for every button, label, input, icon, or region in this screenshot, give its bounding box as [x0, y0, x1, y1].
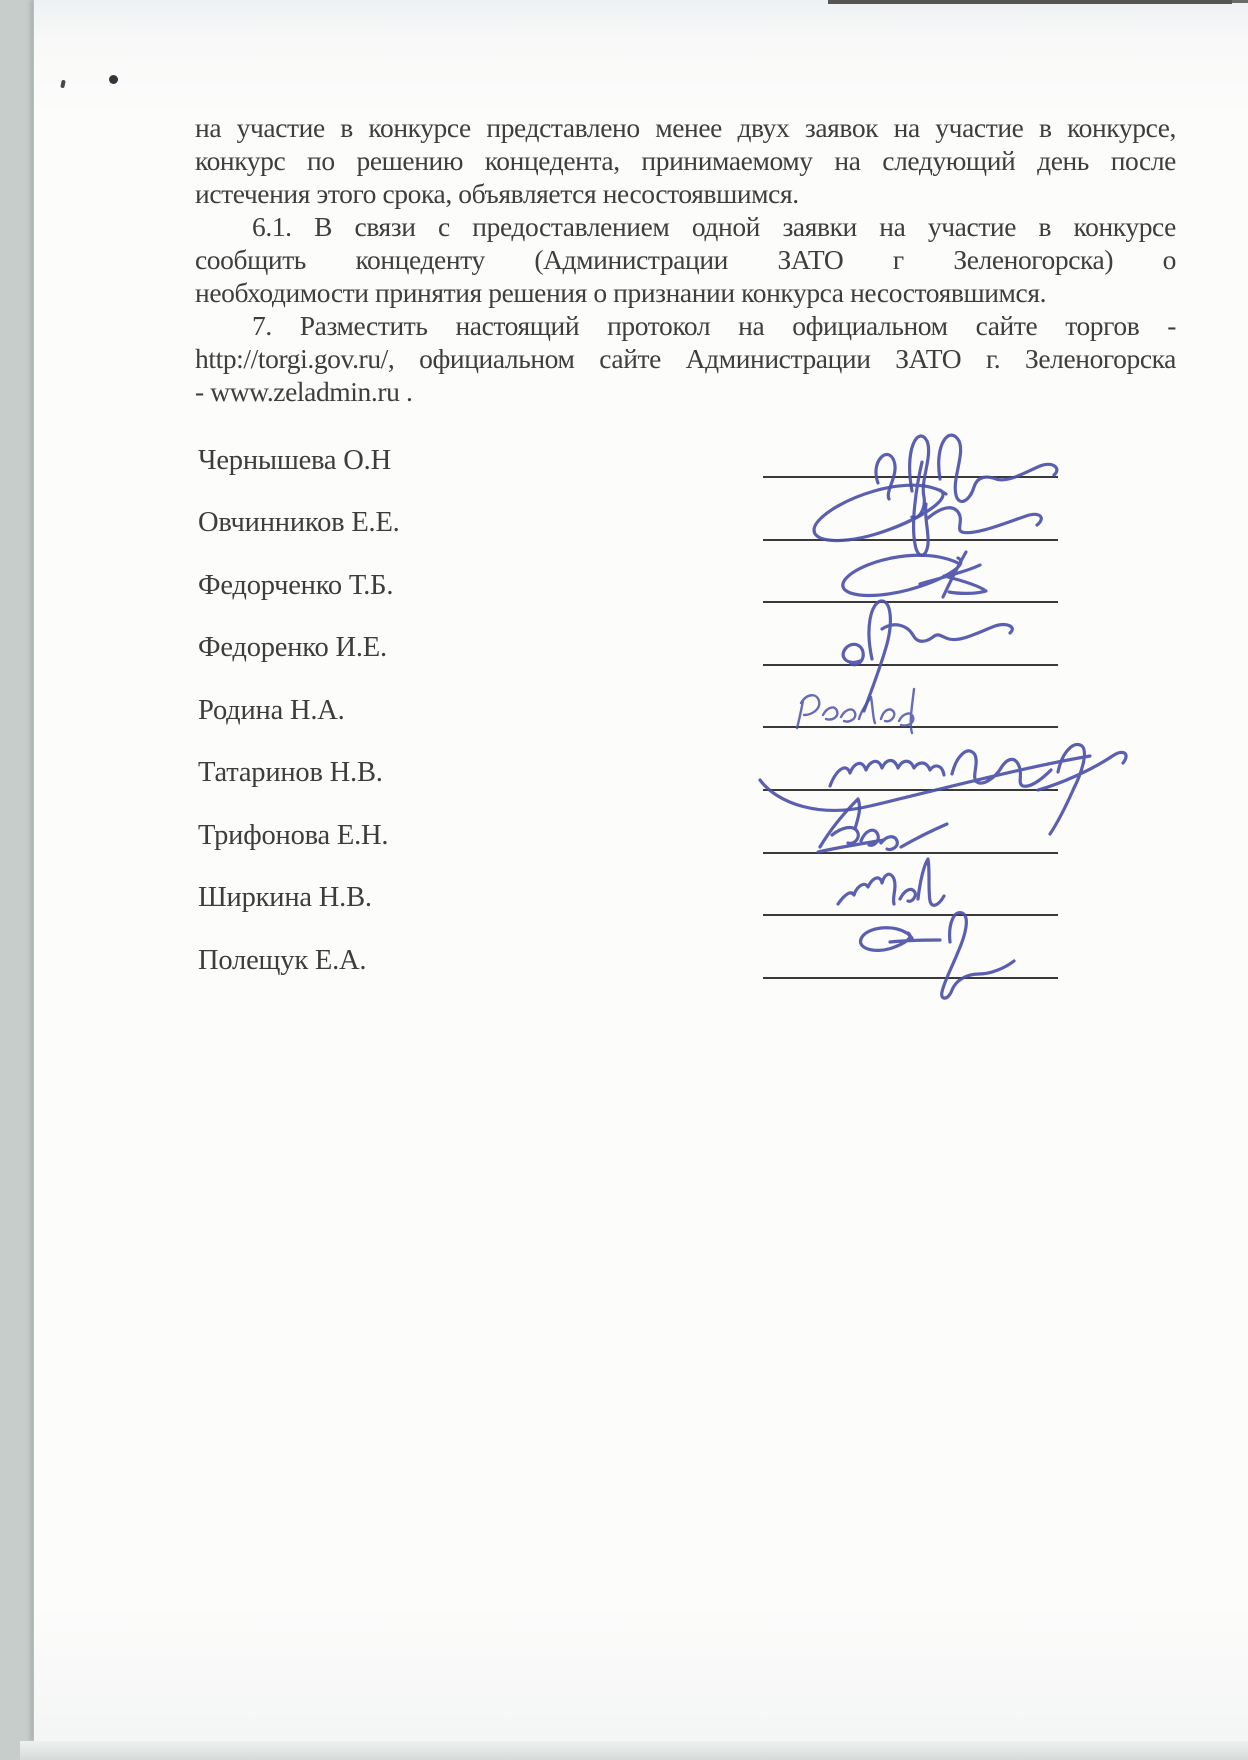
- scanned-page: на участие в конкурсе представлено менее…: [0, 0, 1248, 1760]
- text-line: 6.1. В связи с предоставлением одной зая…: [195, 210, 1176, 243]
- signer-name: Родина Н.А.: [198, 694, 345, 728]
- text-line: http://torgi.gov.ru/, официальном сайте …: [195, 342, 1176, 375]
- ink-speck: [109, 75, 118, 84]
- signer-name: Ширкина Н.В.: [198, 881, 372, 915]
- text-line: сообщить концеденту (Администрации ЗАТО …: [195, 243, 1176, 276]
- signer-name: Татаринов Н.В.: [198, 756, 383, 790]
- scan-edge-shadow: [828, 0, 1232, 4]
- signer-name: Федорченко Т.Б.: [198, 569, 393, 603]
- signer-name: Полещук Е.А.: [198, 944, 366, 978]
- signer-name: Федоренко И.Е.: [198, 631, 387, 665]
- signature-ink: [660, 882, 1160, 1032]
- text-line: истечения этого срока, объявляется несос…: [195, 177, 1176, 210]
- signer-name: Чернышева О.Н: [198, 444, 391, 478]
- text-line: 7. Разместить настоящий протокол на офиц…: [195, 309, 1176, 342]
- signer-name: Трифонова Е.Н.: [198, 819, 388, 853]
- signer-name: Овчинников Е.Е.: [198, 506, 400, 540]
- scan-edge-shadow: [1232, 0, 1248, 3]
- text-line: конкурс по решению концедента, принимаем…: [195, 144, 1176, 177]
- text-line: необходимости принятия решения о признан…: [195, 276, 1176, 309]
- text-line: на участие в конкурсе представлено менее…: [195, 111, 1176, 144]
- paper-bottom-edge: [20, 1741, 1248, 1760]
- document-text: на участие в конкурсе представлено менее…: [195, 111, 1176, 408]
